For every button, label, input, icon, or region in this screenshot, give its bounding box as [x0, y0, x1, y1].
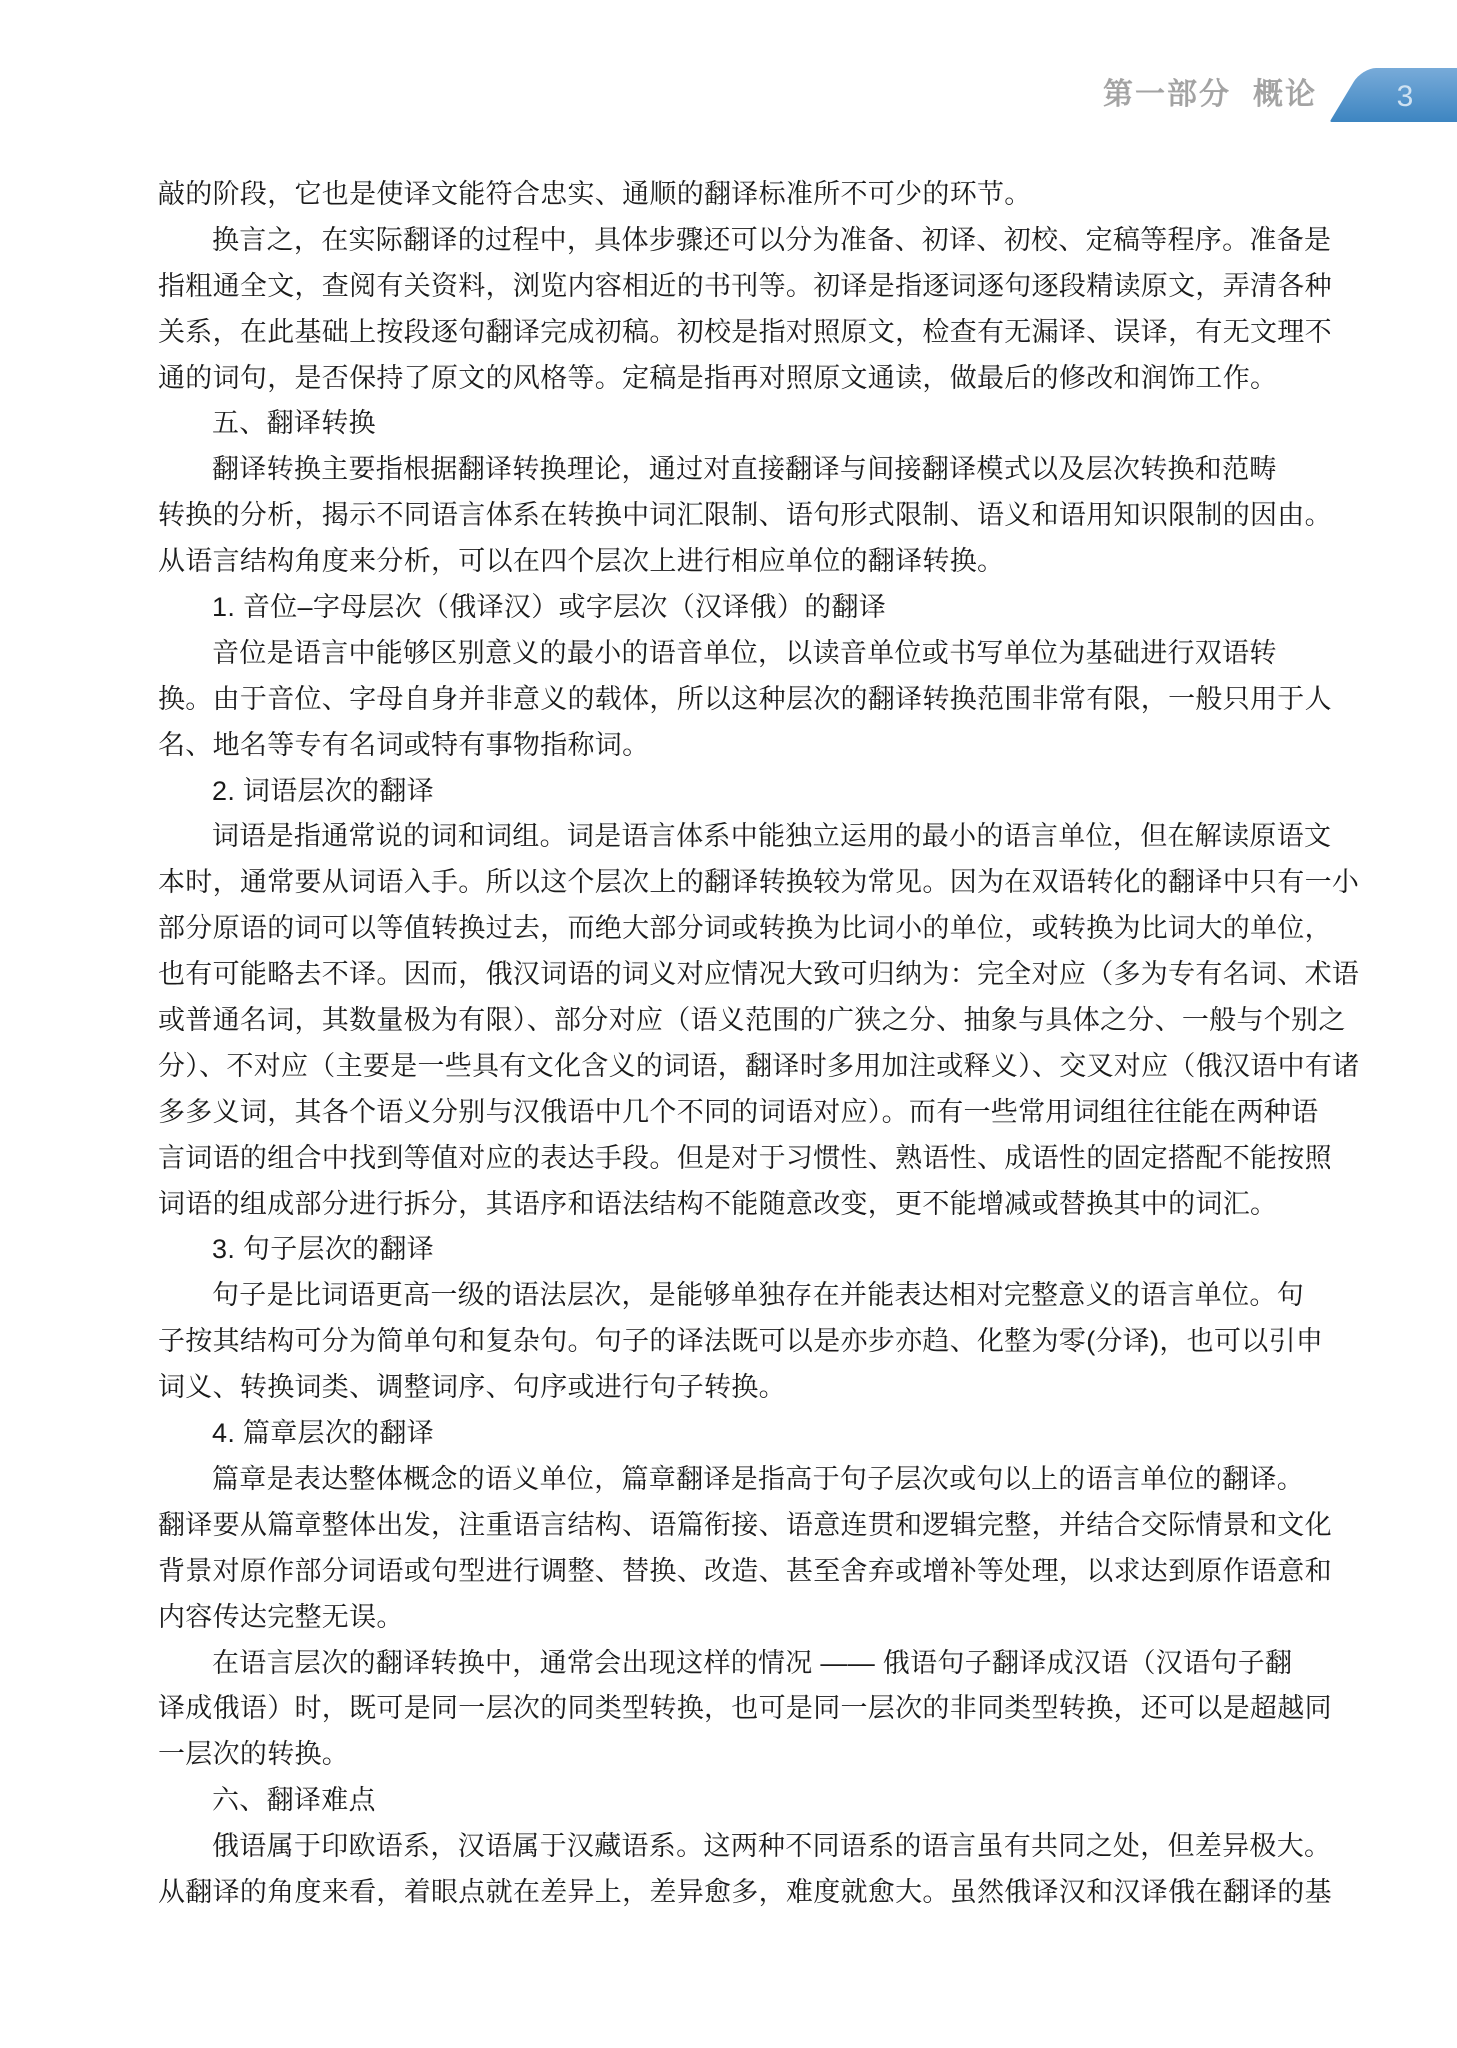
- text-line: 4. 篇章层次的翻译: [158, 1411, 1344, 1457]
- text-line: 子按其结构可分为简单句和复杂句。句子的译法既可以是亦步亦趋、化整为零(分译)，也…: [158, 1319, 1344, 1365]
- text-line: 换言之，在实际翻译的过程中，具体步骤还可以分为准备、初译、初校、定稿等程序。准备…: [158, 218, 1344, 264]
- text-line: 背景对原作部分词语或句型进行调整、替换、改造、甚至舍弃或增补等处理，以求达到原作…: [158, 1549, 1344, 1595]
- text-line: 言词语的组合中找到等值对应的表达手段。但是对于习惯性、熟语性、成语性的固定搭配不…: [158, 1136, 1344, 1182]
- text-line: 词语的组成部分进行拆分，其语序和语法结构不能随意改变，更不能增减或替换其中的词汇…: [158, 1182, 1344, 1228]
- page-number: 3: [1388, 80, 1422, 114]
- text-line: 翻译要从篇章整体出发，注重语言结构、语篇衔接、语意连贯和逻辑完整，并结合交际情景…: [158, 1503, 1344, 1549]
- running-head: 第一部分概论: [1103, 78, 1317, 112]
- text-line: 指粗通全文，查阅有关资料，浏览内容相近的书刊等。初译是指逐词逐句逐段精读原文，弄…: [158, 264, 1344, 310]
- text-line: 在语言层次的翻译转换中，通常会出现这样的情况 —— 俄语句子翻译成汉语（汉语句子…: [158, 1641, 1344, 1687]
- text-line: 名、地名等专有名词或特有事物指称词。: [158, 723, 1344, 769]
- page: 第一部分概论 3 敲的阶段，它也是使译文能符合忠实、通顺的翻译标准所不可少的环节…: [0, 0, 1457, 2048]
- page-body: 敲的阶段，它也是使译文能符合忠实、通顺的翻译标准所不可少的环节。换言之，在实际翻…: [158, 172, 1344, 1916]
- text-line: 五、翻译转换: [158, 401, 1344, 447]
- text-line: 翻译转换主要指根据翻译转换理论，通过对直接翻译与间接翻译模式以及层次转换和范畴: [158, 447, 1344, 493]
- text-line: 本时，通常要从词语入手。所以这个层次上的翻译转换较为常见。因为在双语转化的翻译中…: [158, 860, 1344, 906]
- text-line: 2. 词语层次的翻译: [158, 769, 1344, 815]
- text-line: 一层次的转换。: [158, 1732, 1344, 1778]
- text-line: 也有可能略去不译。因而，俄汉词语的词义对应情况大致可归纳为：完全对应（多为专有名…: [158, 952, 1344, 998]
- text-line: 部分原语的词可以等值转换过去，而绝大部分词或转换为比词小的单位，或转换为比词大的…: [158, 906, 1344, 952]
- text-line: 1. 音位–字母层次（俄译汉）或字层次（汉译俄）的翻译: [158, 585, 1344, 631]
- section-label: 第一部分: [1103, 78, 1231, 111]
- text-line: 从翻译的角度来看，着眼点就在差异上，差异愈多，难度就愈大。虽然俄译汉和汉译俄在翻…: [158, 1870, 1344, 1916]
- text-line: 敲的阶段，它也是使译文能符合忠实、通顺的翻译标准所不可少的环节。: [158, 172, 1344, 218]
- text-line: 六、翻译难点: [158, 1778, 1344, 1824]
- text-line: 内容传达完整无误。: [158, 1595, 1344, 1641]
- text-line: 从语言结构角度来分析，可以在四个层次上进行相应单位的翻译转换。: [158, 539, 1344, 585]
- text-line: 篇章是表达整体概念的语义单位，篇章翻译是指高于句子层次或句以上的语言单位的翻译。: [158, 1457, 1344, 1503]
- text-line: 分）、不对应（主要是一些具有文化含义的词语，翻译时多用加注或释义）、交叉对应（俄…: [158, 1044, 1344, 1090]
- text-line: 词义、转换词类、调整词序、句序或进行句子转换。: [158, 1365, 1344, 1411]
- text-line: 句子是比词语更高一级的语法层次，是能够单独存在并能表达相对完整意义的语言单位。句: [158, 1273, 1344, 1319]
- text-line: 译成俄语）时，既可是同一层次的同类型转换，也可是同一层次的非同类型转换，还可以是…: [158, 1686, 1344, 1732]
- text-line: 通的词句，是否保持了原文的风格等。定稿是指再对照原文通读，做最后的修改和润饰工作…: [158, 356, 1344, 402]
- text-line: 关系，在此基础上按段逐句翻译完成初稿。初校是指对照原文，检查有无漏译、误译，有无…: [158, 310, 1344, 356]
- text-line: 或普通名词，其数量极为有限）、部分对应（语义范围的广狭之分、抽象与具体之分、一般…: [158, 998, 1344, 1044]
- section-title: 概论: [1253, 78, 1317, 111]
- text-line: 换。由于音位、字母自身并非意义的载体，所以这种层次的翻译转换范围非常有限，一般只…: [158, 677, 1344, 723]
- text-line: 音位是语言中能够区别意义的最小的语音单位，以读音单位或书写单位为基础进行双语转: [158, 631, 1344, 677]
- text-line: 转换的分析，揭示不同语言体系在转换中词汇限制、语句形式限制、语义和语用知识限制的…: [158, 493, 1344, 539]
- text-line: 俄语属于印欧语系，汉语属于汉藏语系。这两种不同语系的语言虽有共同之处，但差异极大…: [158, 1824, 1344, 1870]
- text-line: 3. 句子层次的翻译: [158, 1227, 1344, 1273]
- text-line: 多多义词，其各个语义分别与汉俄语中几个不同的词语对应）。而有一些常用词组往往能在…: [158, 1090, 1344, 1136]
- text-line: 词语是指通常说的词和词组。词是语言体系中能独立运用的最小的语言单位，但在解读原语…: [158, 814, 1344, 860]
